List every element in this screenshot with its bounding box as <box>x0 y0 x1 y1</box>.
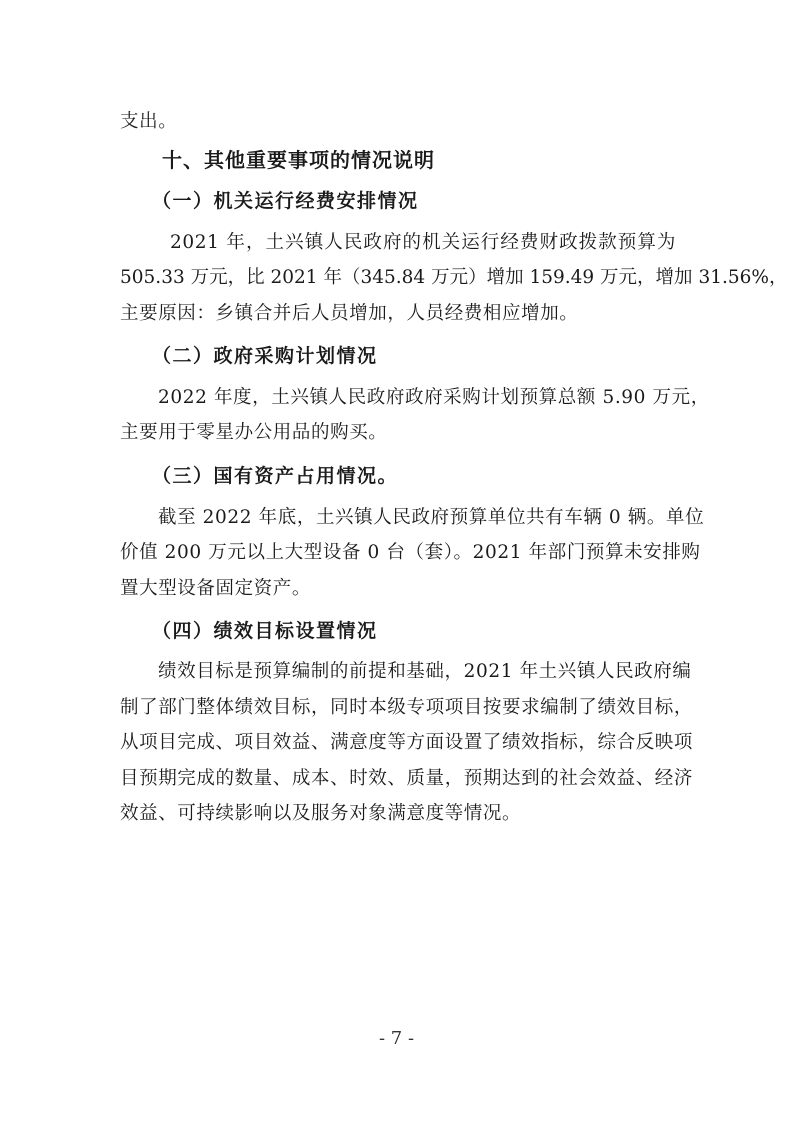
paragraph-line: 2022 年度，土兴镇人民政府政府采购计划预算总额 5.90 万元， <box>158 386 676 410</box>
document-page: 支出。 十、其他重要事项的情况说明 （一）机关运行经费安排情况 2021 年，土… <box>0 0 793 1122</box>
paragraph-line: 价值 200 万元以上大型设备 0 台（套）。2021 年部门预算未安排购 <box>120 541 676 565</box>
paragraph-line: 从项目完成、项目效益、满意度等方面设置了绩效指标，综合反映项 <box>120 731 676 755</box>
paragraph-line: 制了部门整体绩效目标，同时本级专项项目按要求编制了绩效目标， <box>120 696 676 720</box>
section-title: 十、其他重要事项的情况说明 <box>162 147 435 173</box>
subsection-title-4: （四）绩效目标设置情况 <box>152 618 378 644</box>
paragraph-line: 置大型设备固定资产。 <box>120 577 676 601</box>
continuation-text: 支出。 <box>120 110 676 134</box>
paragraph-line: 主要原因：乡镇合并后人员增加，人员经费相应增加。 <box>120 302 676 326</box>
paragraph-line: 截至 2022 年底，土兴镇人民政府预算单位共有车辆 0 辆。单位 <box>158 506 676 530</box>
paragraph-line: 绩效目标是预算编制的前提和基础，2021 年土兴镇人民政府编 <box>158 660 676 684</box>
paragraph-line: 505.33 万元，比 2021 年（345.84 万元）增加 159.49 万… <box>120 266 676 290</box>
paragraph-line: 目预期完成的数量、成本、时效、质量，预期达到的社会效益、经济 <box>120 767 676 791</box>
subsection-title-3: （三）国有资产占用情况。 <box>152 463 398 489</box>
subsection-title-1: （一）机关运行经费安排情况 <box>152 188 419 214</box>
page-number: - 7 - <box>0 1028 793 1049</box>
paragraph-line: 效益、可持续影响以及服务对象满意度等情况。 <box>120 802 676 826</box>
paragraph-line: 2021 年，土兴镇人民政府的机关运行经费财政拨款预算为 <box>170 231 676 255</box>
paragraph-line: 主要用于零星办公用品的购买。 <box>120 421 676 445</box>
subsection-title-2: （二）政府采购计划情况 <box>152 343 378 369</box>
